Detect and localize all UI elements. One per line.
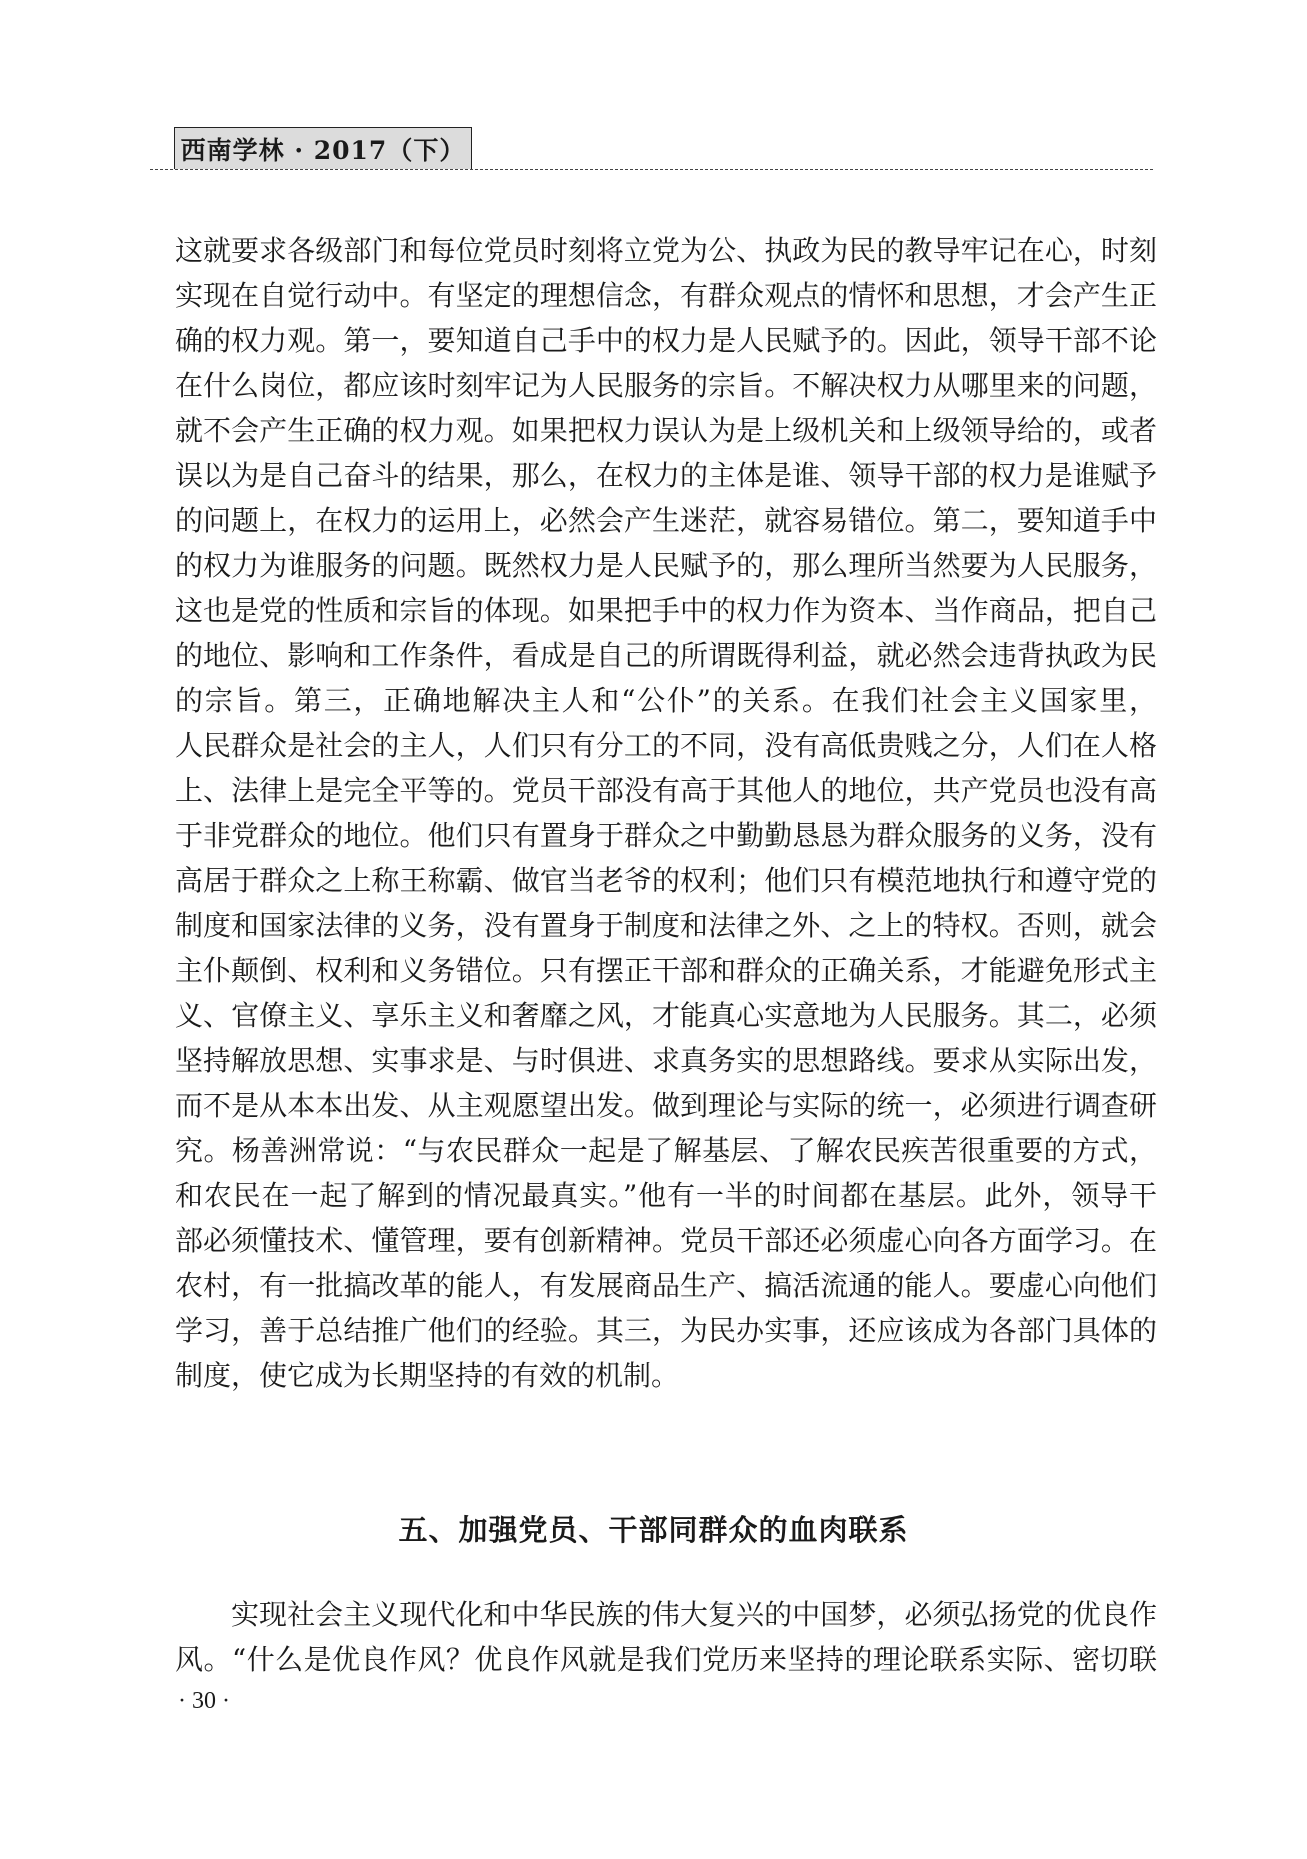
text-line: 高居于群众之上称王称霸、做官当老爷的权利；他们只有模范地执行和遵守党的 (175, 858, 1157, 903)
text-line: 风。“什么是优良作风？优良作风就是我们党历来坚持的理论联系实际、密切联 (175, 1637, 1157, 1682)
text-line: 误以为是自己奋斗的结果，那么，在权力的主体是谁、领导干部的权力是谁赋予 (175, 453, 1157, 498)
header-dashed-rule (150, 169, 1153, 170)
text-line: 而不是从本本出发、从主观愿望出发。做到理论与实际的统一，必须进行调查研 (175, 1083, 1157, 1128)
text-line: 义、官僚主义、享乐主义和奢靡之风，才能真心实意地为人民服务。其二，必须 (175, 993, 1157, 1038)
text-line: 在什么岗位，都应该时刻牢记为人民服务的宗旨。不解决权力从哪里来的问题， (175, 363, 1157, 408)
journal-title: 西南学林 · 2017（下） (181, 131, 466, 167)
text-line: 主仆颠倒、权利和义务错位。只有摆正干部和群众的正确关系，才能避免形式主 (175, 948, 1157, 993)
text-line: 的地位、影响和工作条件，看成是自己的所谓既得利益，就必然会违背执政为民 (175, 633, 1157, 678)
text-line: 学习，善于总结推广他们的经验。其三，为民办实事，还应该成为各部门具体的 (175, 1308, 1157, 1353)
paragraph-2: 实现社会主义现代化和中华民族的伟大复兴的中国梦，必须弘扬党的优良作 风。“什么是… (175, 1592, 1157, 1682)
text-line: 人民群众是社会的主人，人们只有分工的不同，没有高低贵贱之分，人们在人格 (175, 723, 1157, 768)
text-line: 坚持解放思想、实事求是、与时俱进、求真务实的思想路线。要求从实际出发， (175, 1038, 1157, 1083)
text-line: 这就要求各级部门和每位党员时刻将立党为公、执政为民的教导牢记在心，时刻 (175, 228, 1157, 273)
text-line: 于非党群众的地位。他们只有置身于群众之中勤勤恳恳为群众服务的义务，没有 (175, 813, 1157, 858)
text-line: 部必须懂技术、懂管理，要有创新精神。党员干部还必须虚心向各方面学习。在 (175, 1218, 1157, 1263)
text-line: 实现在自觉行动中。有坚定的理想信念，有群众观点的情怀和思想，才会产生正 (175, 273, 1157, 318)
section-heading: 五、加强党员、干部同群众的血肉联系 (0, 1508, 1307, 1549)
text-line: 的宗旨。第三，正确地解决主人和“公仆”的关系。在我们社会主义国家里， (175, 678, 1157, 723)
running-header-box: 西南学林 · 2017（下） (174, 127, 472, 169)
text-line: 究。杨善洲常说：“与农民群众一起是了解基层、了解农民疾苦很重要的方式， (175, 1128, 1157, 1173)
text-line: 和农民在一起了解到的情况最真实。”他有一半的时间都在基层。此外，领导干 (175, 1173, 1157, 1218)
text-line: 制度和国家法律的义务，没有置身于制度和法律之外、之上的特权。否则，就会 (175, 903, 1157, 948)
text-line: 就不会产生正确的权力观。如果把权力误认为是上级机关和上级领导给的，或者 (175, 408, 1157, 453)
paragraph-1: 这就要求各级部门和每位党员时刻将立党为公、执政为民的教导牢记在心，时刻 实现在自… (175, 228, 1157, 1398)
text-line: 农村，有一批搞改革的能人，有发展商品生产、搞活流通的能人。要虚心向他们 (175, 1263, 1157, 1308)
text-line: 这也是党的性质和宗旨的体现。如果把手中的权力作为资本、当作商品，把自己 (175, 588, 1157, 633)
text-line: 上、法律上是完全平等的。党员干部没有高于其他人的地位，共产党员也没有高 (175, 768, 1157, 813)
text-line: 确的权力观。第一，要知道自己手中的权力是人民赋予的。因此，领导干部不论 (175, 318, 1157, 363)
page-number: · 30 · (178, 1688, 230, 1715)
text-line: 制度，使它成为长期坚持的有效的机制。 (175, 1353, 1157, 1398)
text-line: 的问题上，在权力的运用上，必然会产生迷茫，就容易错位。第二，要知道手中 (175, 498, 1157, 543)
text-line: 的权力为谁服务的问题。既然权力是人民赋予的，那么理所当然要为人民服务， (175, 543, 1157, 588)
text-line: 实现社会主义现代化和中华民族的伟大复兴的中国梦，必须弘扬党的优良作 (175, 1592, 1157, 1637)
